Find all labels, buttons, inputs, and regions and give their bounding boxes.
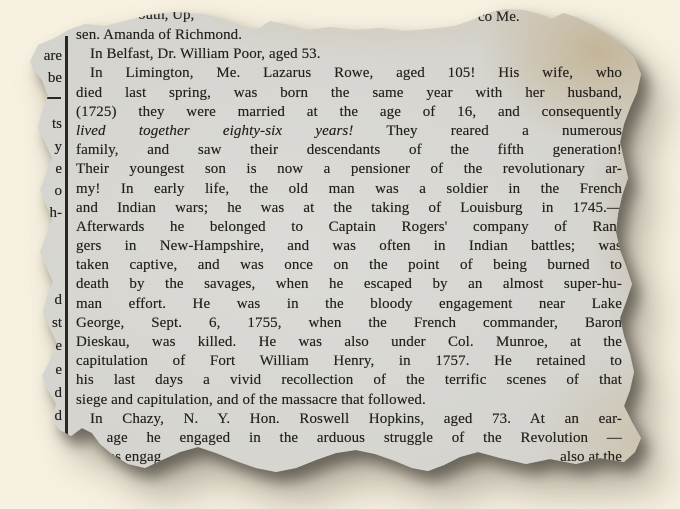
article-line: Dieskau, was killed. He was also under C… — [76, 333, 622, 352]
torn-bottom-line: He was engag also at the — [76, 448, 622, 467]
adjacent-column-fragment: d — [30, 292, 62, 309]
article-line: man effort. He was in the bloody engagem… — [76, 295, 622, 314]
article-line: lived together eighty-six years! They re… — [76, 122, 622, 141]
adjacent-column-fragment: ts — [30, 116, 62, 133]
article-line: and Indian wars; he was at the taking of… — [76, 199, 622, 218]
adjacent-column-fragment: e — [30, 362, 62, 379]
adjacent-column-fragment: y — [30, 139, 62, 156]
article-line: In Belfast, Dr. William Poor, aged 53. — [76, 45, 622, 64]
article-line: ly age he engaged in the arduous struggl… — [76, 429, 622, 448]
newspaper-clipping: outh, Up, co Me. are be ts y e o sh- d s… — [0, 0, 680, 509]
article-line: my! In early life, the old man was a sol… — [76, 180, 622, 199]
adjacent-column-fragment: re — [30, 338, 62, 355]
adjacent-column: are be ts y e o sh- d st re e d d d — [30, 0, 62, 509]
adjacent-column-fragment: d — [30, 385, 62, 402]
article-line: died last spring, was born the same year… — [76, 84, 622, 103]
adjacent-column-fragment: be — [30, 70, 62, 87]
torn-bottom-text-fragment-right: also at the — [560, 448, 622, 467]
adjacent-column-fragment: are — [30, 48, 62, 65]
column-divider-rule — [65, 36, 68, 462]
torn-bottom-text-fragment-left: He was engag — [76, 448, 161, 467]
clipping-shadow-wrap: outh, Up, co Me. are be ts y e o sh- d s… — [0, 0, 680, 509]
adjacent-column-fragment: d — [30, 408, 62, 425]
article-line: family, and saw their descendants of the… — [76, 141, 622, 160]
torn-top-text-fragment-right: co Me. — [478, 9, 520, 26]
italic-phrase: lived together eighty-six years! — [76, 123, 353, 139]
article-line: Afterwards he belonged to Captain Rogers… — [76, 218, 622, 237]
article-line: taken captive, and was once on the point… — [76, 256, 622, 275]
article-line: In Limington, Me. Lazarus Rowe, aged 105… — [76, 64, 622, 83]
scanned-page-background: outh, Up, co Me. are be ts y e o sh- d s… — [0, 0, 680, 509]
article-line: sen. Amanda of Richmond. — [76, 26, 622, 45]
article-line: Their youngest son is now a pensioner of… — [76, 160, 622, 179]
article-line: his last days a vivid recollection of th… — [76, 371, 622, 390]
article-line: In Chazy, N. Y. Hon. Roswell Hopkins, ag… — [76, 410, 622, 429]
article-line-rest: They reared a numerous — [353, 123, 622, 139]
article-line: death by the savages, when he escaped by… — [76, 275, 622, 294]
adjacent-column-fragment: o — [30, 183, 62, 200]
article-line: gers in New-Hampshire, and was often in … — [76, 237, 622, 256]
adjacent-column-fragment: st — [30, 315, 62, 332]
adjacent-column-fragment: d — [30, 431, 62, 448]
article-column: sen. Amanda of Richmond. In Belfast, Dr.… — [76, 26, 622, 467]
article-line: siege and capitulation, and of the massa… — [76, 391, 622, 410]
torn-top-text-fragment-left: outh, Up, — [138, 7, 194, 24]
article-line: (1725) they were married at the age of 1… — [76, 103, 622, 122]
adjacent-column-fragment: e — [30, 161, 62, 178]
left-column-divider-rule — [33, 97, 61, 99]
article-line: capitulation of Fort William Henry, in 1… — [76, 352, 622, 371]
adjacent-column-fragment: sh- — [30, 205, 62, 222]
article-line: George, Sept. 6, 1755, when the French c… — [76, 314, 622, 333]
